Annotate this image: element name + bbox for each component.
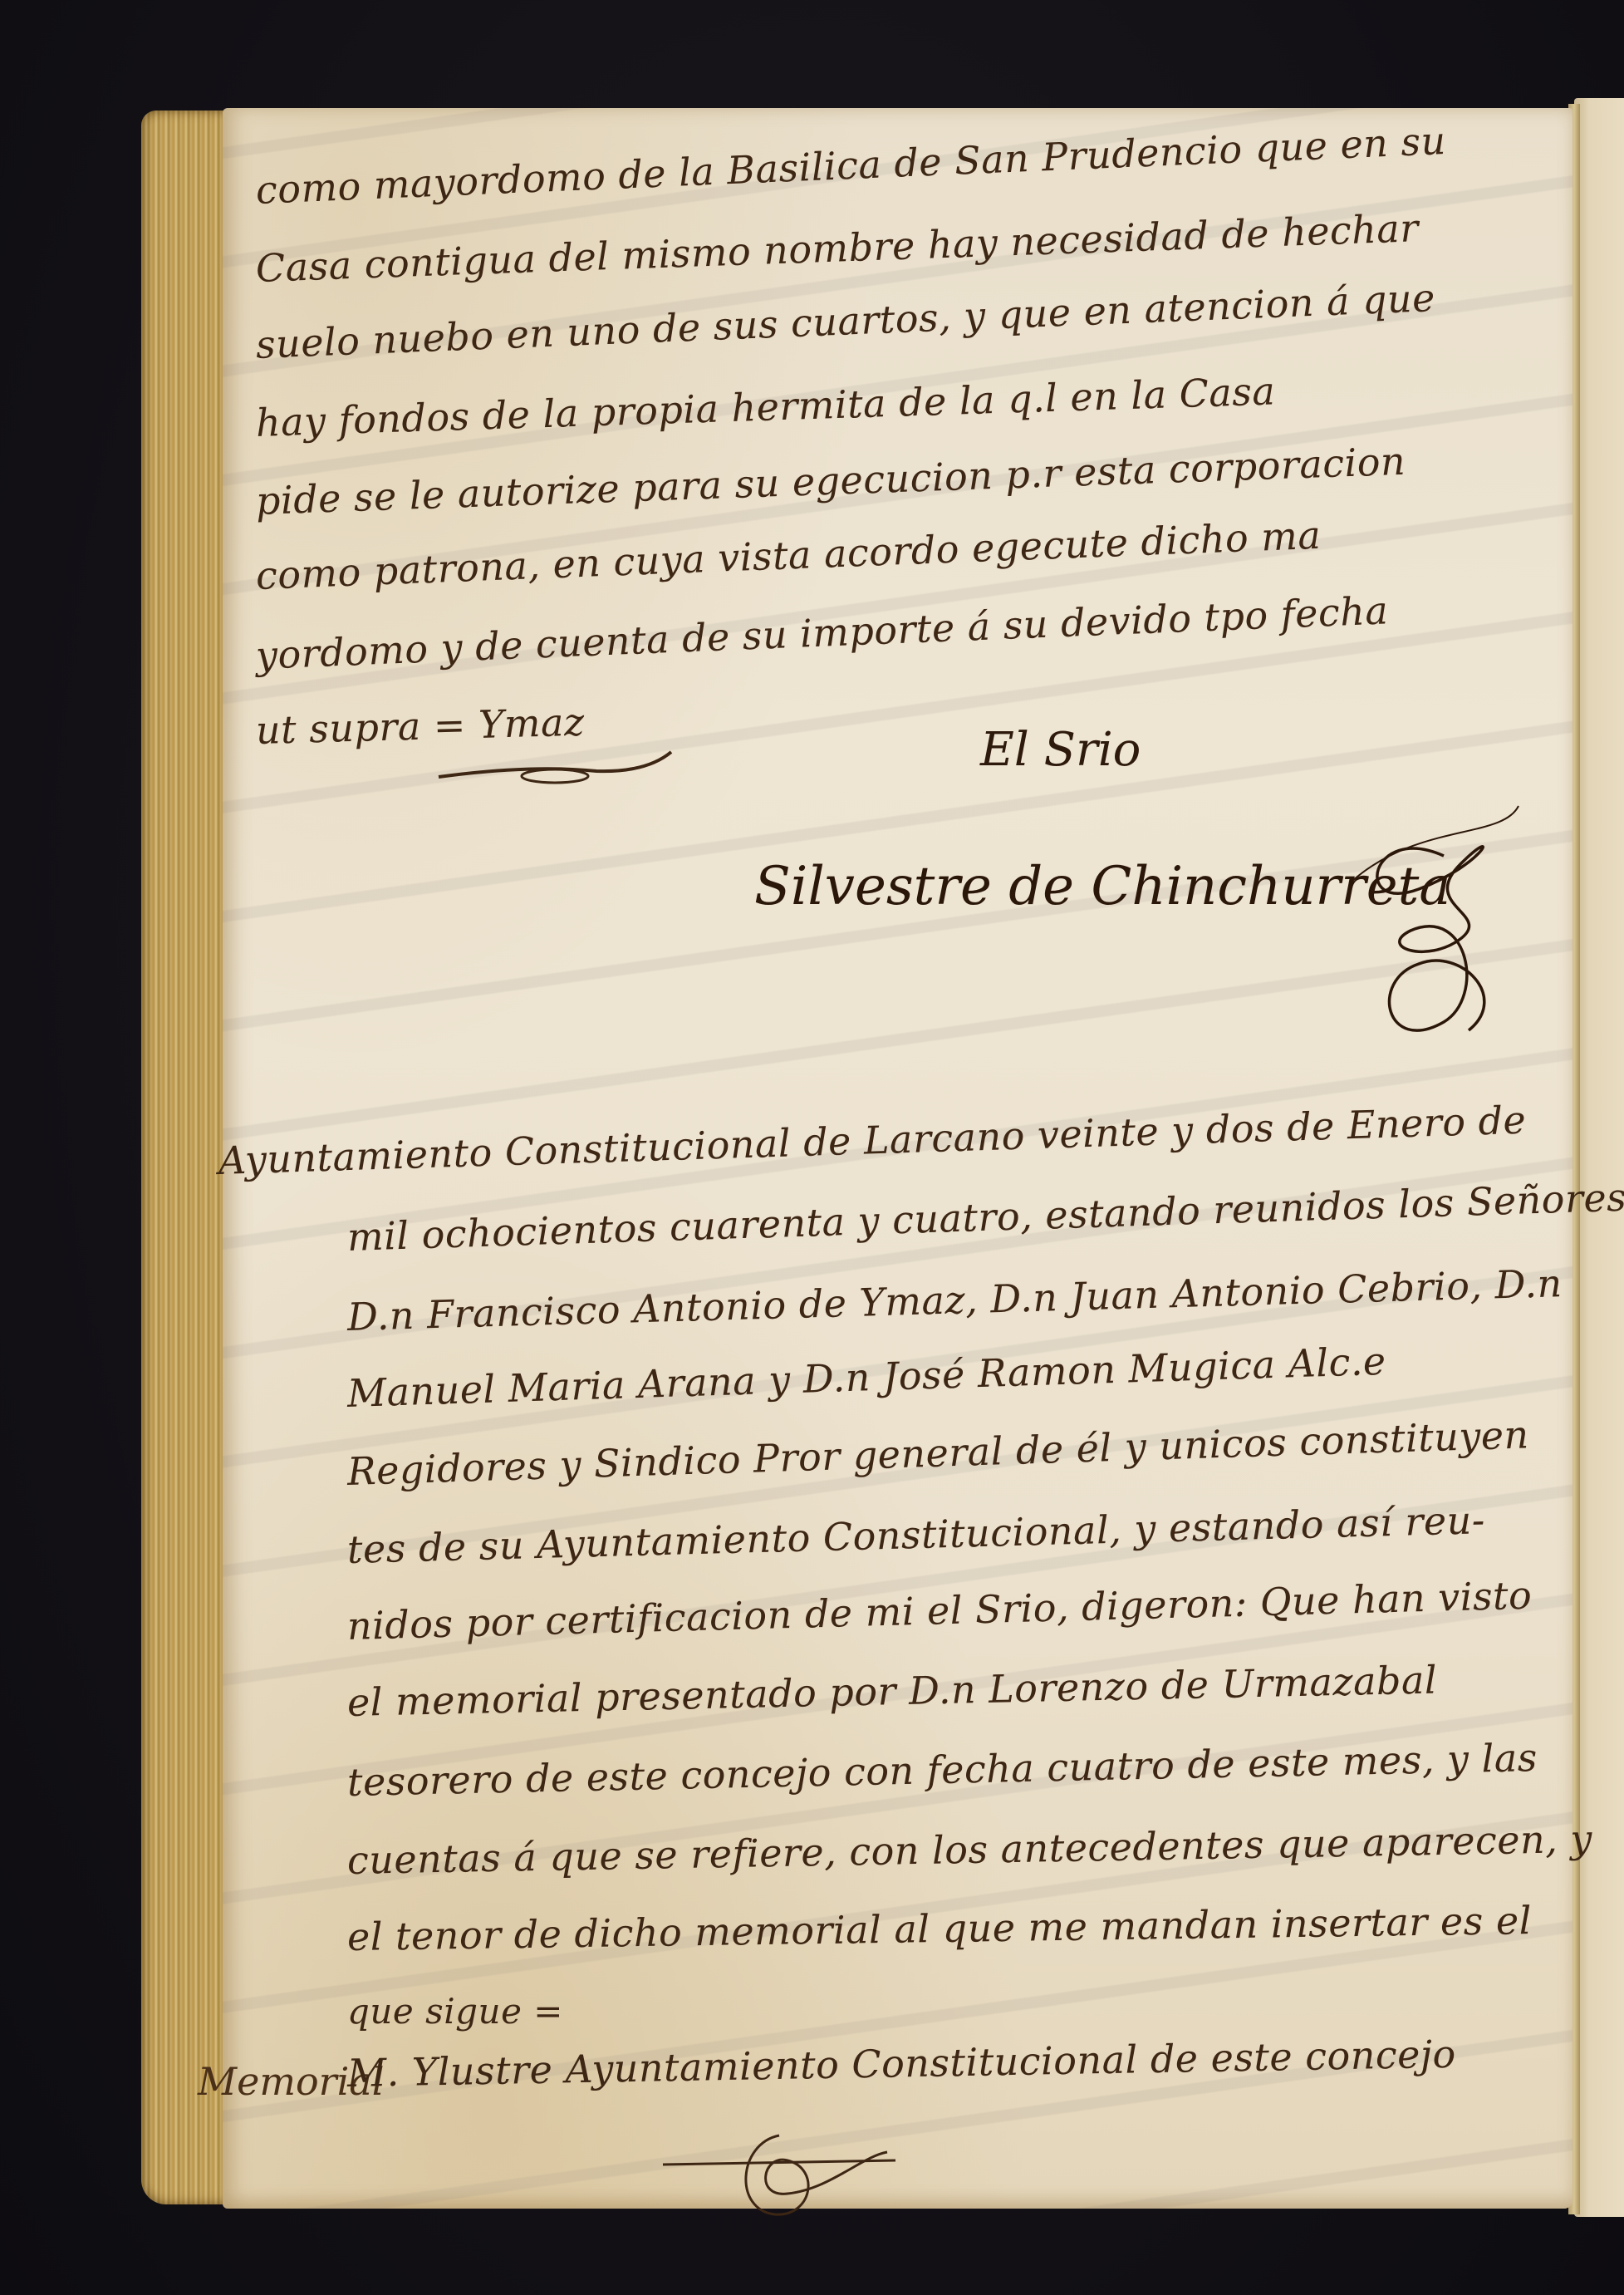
- text-line: tes de su Ayuntamiento Constitucional, y…: [346, 1497, 1485, 1572]
- text-line: tesorero de este concejo con fecha cuatr…: [346, 1735, 1538, 1805]
- text-line: Manuel Maria Arana y D.n José Ramon Mugi…: [346, 1339, 1386, 1416]
- adjacent-page-edge: [1574, 98, 1624, 2217]
- manuscript-page: como mayordomo de la Basilica de San Pru…: [223, 108, 1572, 2209]
- text-line: Regidores y Sindico Pror general de él y…: [346, 1412, 1529, 1494]
- text-line: D.n Francisco Antonio de Ymaz, D.n Juan …: [346, 1261, 1563, 1339]
- text-line: el memorial presentado por D.n Lorenzo d…: [346, 1658, 1437, 1725]
- text-line: nidos por certificacion de mi el Srio, d…: [346, 1573, 1533, 1649]
- section-2-entry: Ayuntamiento Constitucional de Larcano v…: [223, 108, 1572, 2209]
- text-line: Ayuntamiento Constitucional de Larcano v…: [218, 1098, 1527, 1183]
- text-line: que sigue =: [347, 1991, 563, 2032]
- text-line: mil ochocientos cuarenta y cuatro, estan…: [346, 1175, 1624, 1260]
- text-line: el tenor de dicho memorial al que me man…: [347, 1898, 1533, 1959]
- scan-background: como mayordomo de la Basilica de San Pru…: [0, 0, 1624, 2295]
- text-line: cuentas á que se refiere, con los antece…: [347, 1816, 1593, 1883]
